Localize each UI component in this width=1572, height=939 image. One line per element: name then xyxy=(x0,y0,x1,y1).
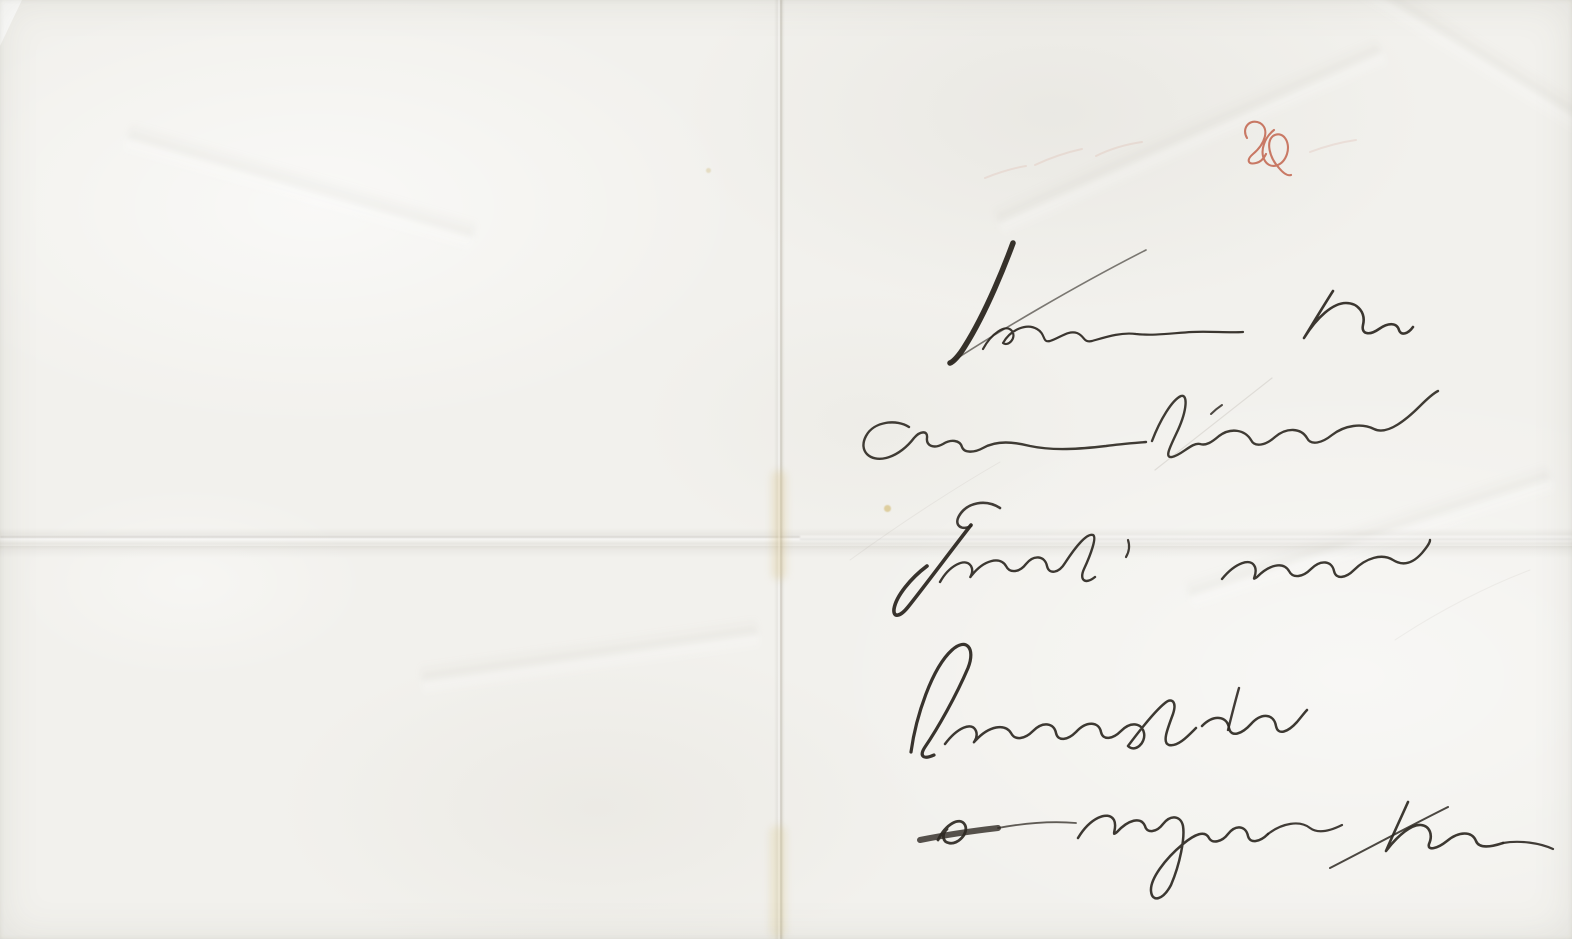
handwriting-line-3 xyxy=(894,503,1430,615)
handwriting-line-5 xyxy=(920,802,1553,898)
red-ghost-marks xyxy=(985,140,1356,178)
handwriting-line-1 xyxy=(950,243,1413,363)
handwriting-ink xyxy=(0,0,1572,939)
handwriting-line-2 xyxy=(863,391,1438,459)
archival-number-mark xyxy=(1245,122,1291,176)
letter-scan: Scanned handwritten note 28 Venez vous d… xyxy=(0,0,1572,939)
hairline-scratches xyxy=(850,378,1530,640)
handwriting-line-4 xyxy=(911,644,1307,757)
